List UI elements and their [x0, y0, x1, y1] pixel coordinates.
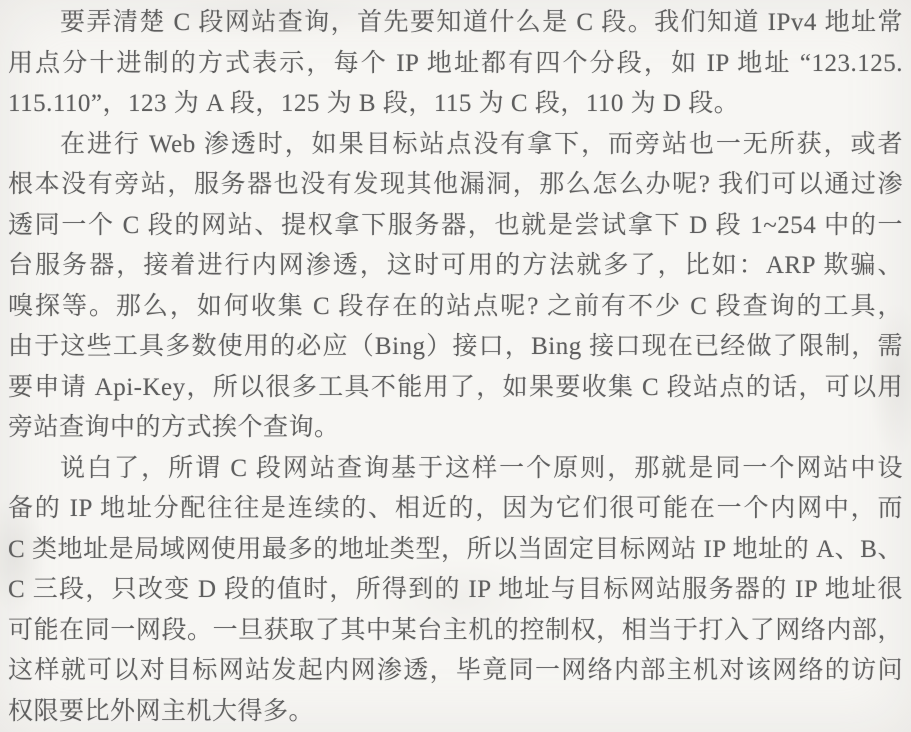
text-line: 115.110”，123 为 A 段，125 为 B 段，115 为 C 段，1…: [8, 84, 903, 125]
text-line: 权限要比外网主机大得多。: [8, 692, 903, 732]
text-line: 根本没有旁站，服务器也没有发现其他漏洞，那么怎么办呢? 我们可以通过渗: [8, 165, 903, 206]
text-line: 在进行 Web 渗透时，如果目标站点没有拿下，而旁站也一无所获，或者: [8, 125, 903, 166]
text-line: 用点分十进制的方式表示，每个 IP 地址都有四个分段，如 IP 地址 “123.…: [8, 44, 903, 85]
text-line: 台服务器，接着进行内网渗透，这时可用的方法就多了，比如：ARP 欺骗、: [8, 246, 903, 287]
text-line: 由于这些工具多数使用的必应（Bing）接口，Bing 接口现在已经做了限制，需: [8, 327, 903, 368]
text-line: 嗅探等。那么，如何收集 C 段存在的站点呢? 之前有不少 C 段查询的工具，: [8, 287, 903, 328]
paragraph: 要弄清楚 C 段网站查询，首先要知道什么是 C 段。我们知道 IPv4 地址常 …: [8, 3, 903, 125]
scanned-page: 要弄清楚 C 段网站查询，首先要知道什么是 C 段。我们知道 IPv4 地址常 …: [0, 0, 911, 732]
text-line: 这样就可以对目标网站发起内网渗透，毕竟同一网络内部主机对该网络的访问: [8, 651, 903, 692]
text-line: 要弄清楚 C 段网站查询，首先要知道什么是 C 段。我们知道 IPv4 地址常: [8, 3, 903, 44]
text-line: 要申请 Api-Key，所以很多工具不能用了，如果要收集 C 段站点的话，可以用: [8, 368, 903, 409]
page-text: 要弄清楚 C 段网站查询，首先要知道什么是 C 段。我们知道 IPv4 地址常 …: [8, 3, 903, 732]
text-line: C 类地址是局域网使用最多的地址类型，所以当固定目标网站 IP 地址的 A、B、: [8, 530, 903, 571]
text-line: 透同一个 C 段的网站、提权拿下服务器，也就是尝试拿下 D 段 1~254 中的…: [8, 206, 903, 247]
text-line: C 三段，只改变 D 段的值时，所得到的 IP 地址与目标网站服务器的 IP 地…: [8, 570, 903, 611]
text-line: 可能在同一网段。一旦获取了其中某台主机的控制权，相当于打入了网络内部，: [8, 611, 903, 652]
text-line: 备的 IP 地址分配往往是连续的、相近的，因为它们很可能在一个内网中，而: [8, 489, 903, 530]
paragraph: 说白了，所谓 C 段网站查询基于这样一个原则，那就是同一个网站中设 备的 IP …: [8, 449, 903, 732]
text-line: 说白了，所谓 C 段网站查询基于这样一个原则，那就是同一个网站中设: [8, 449, 903, 490]
paragraph: 在进行 Web 渗透时，如果目标站点没有拿下，而旁站也一无所获，或者 根本没有旁…: [8, 125, 903, 449]
text-line: 旁站查询中的方式挨个查询。: [8, 408, 903, 449]
